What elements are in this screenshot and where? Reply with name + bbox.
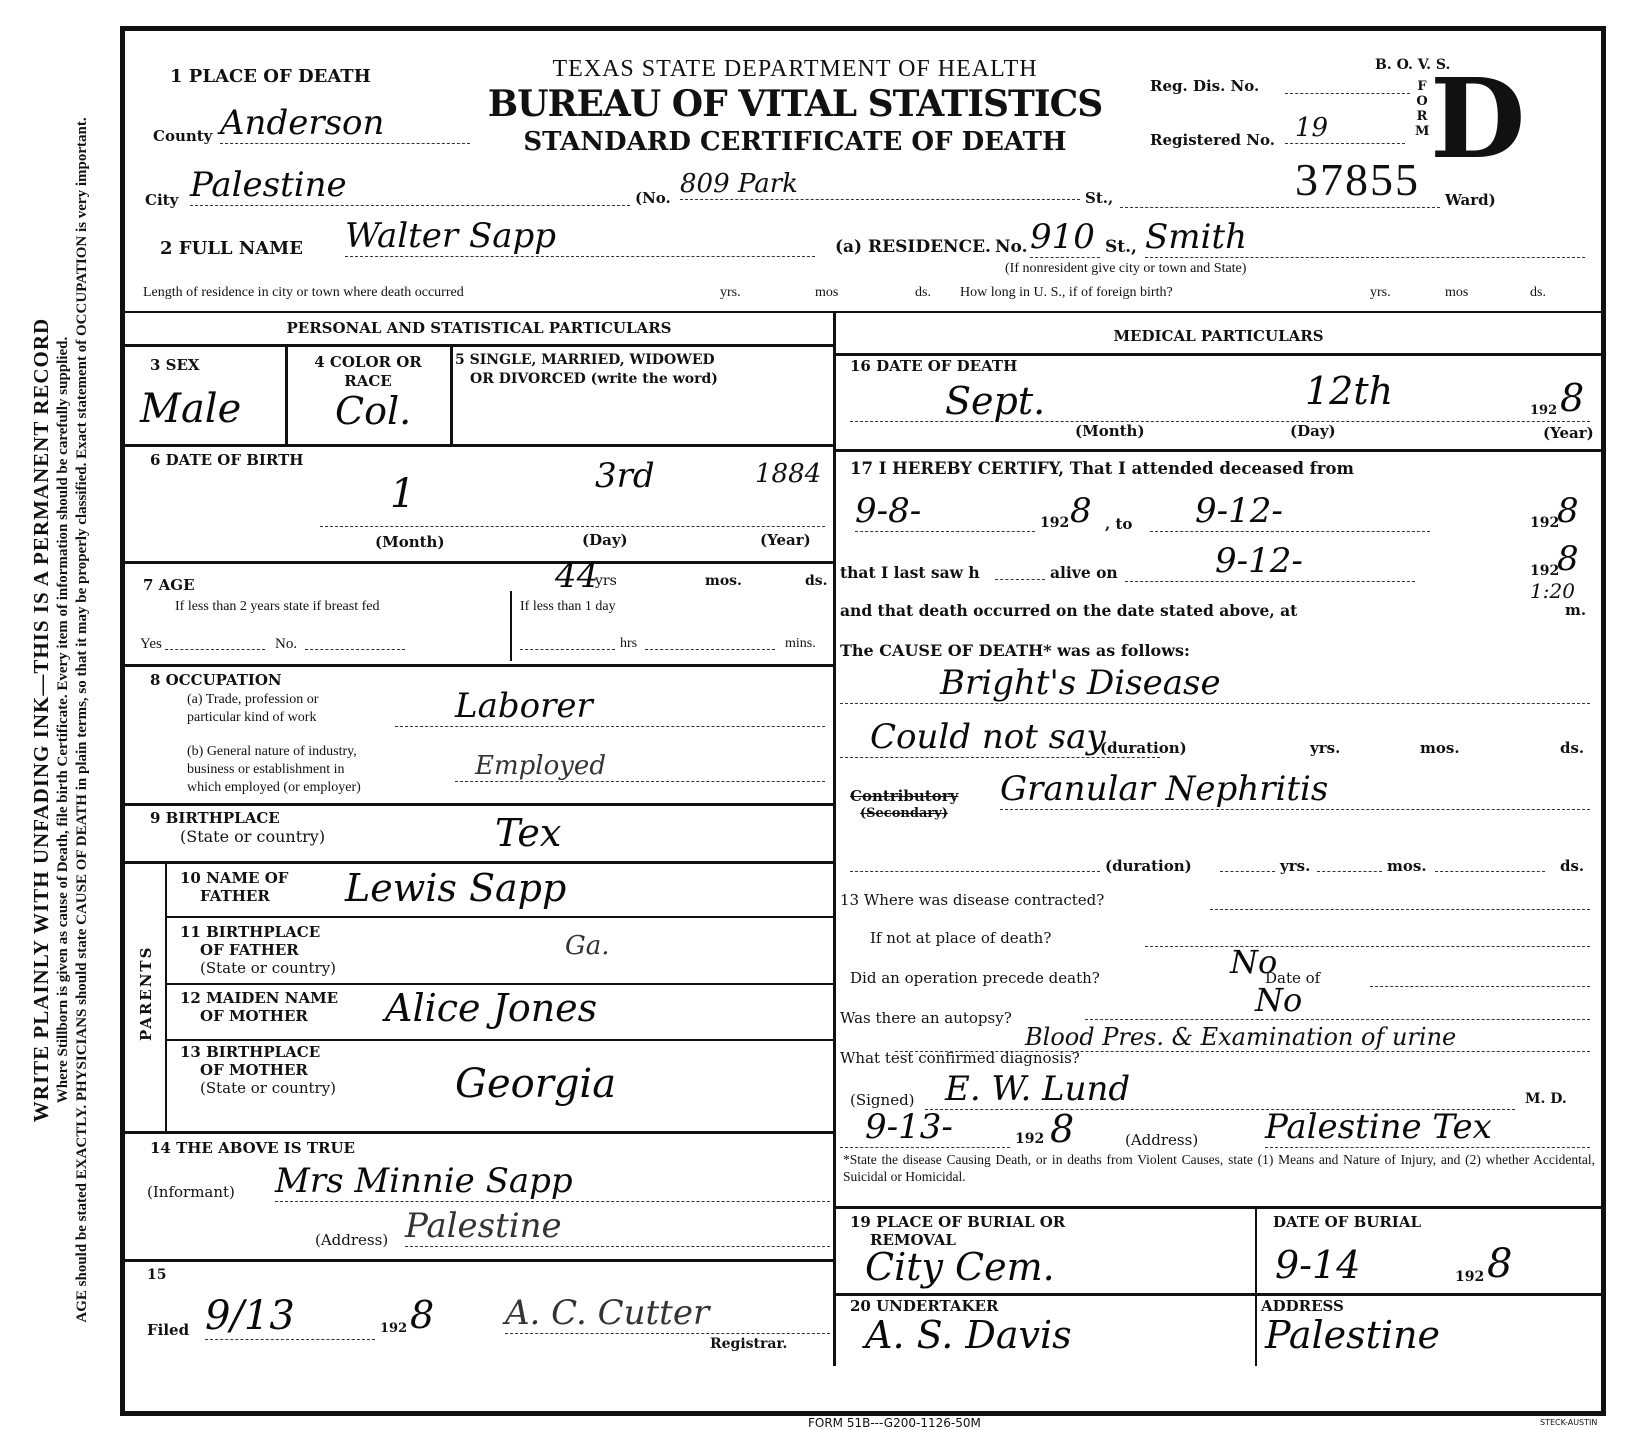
occupation-trade-field[interactable]: Laborer xyxy=(395,686,825,727)
duration-yrs-1: yrs. xyxy=(1310,739,1340,757)
age-years-field[interactable]: 44 xyxy=(555,556,598,596)
medical-particulars-heading: MEDICAL PARTICULARS xyxy=(836,327,1601,345)
dob-day-caption: (Day) xyxy=(582,531,628,549)
physician-signature-field[interactable]: E. W. Lund xyxy=(925,1069,1515,1110)
marital-status-field[interactable] xyxy=(455,396,825,436)
full-name-field[interactable]: Walter Sapp xyxy=(345,216,815,257)
dob-year-caption: (Year) xyxy=(760,531,811,549)
form-vertical-label: F O R M xyxy=(1415,79,1429,139)
sex-label: 3 SEX xyxy=(150,356,200,374)
occupation-b-label: (b) General nature of industry,business … xyxy=(187,743,361,797)
occupation-industry-field[interactable]: Employed xyxy=(455,751,825,782)
father-name-field[interactable]: Lewis Sapp xyxy=(345,866,566,910)
birthplace-sublabel: (State or country) xyxy=(180,827,325,846)
street-address-field[interactable]: 809 Park xyxy=(680,169,1080,200)
breast-fed-no-label: No. xyxy=(275,636,297,653)
duration-label-1: (duration) xyxy=(1100,739,1187,757)
duration-ds-1: ds. xyxy=(1560,739,1584,757)
age-mos-label: mos. xyxy=(705,573,742,589)
personal-particulars-heading: PERSONAL AND STATISTICAL PARTICULARS xyxy=(125,319,833,337)
less-than-day-label: If less than 1 day xyxy=(520,599,616,615)
father-birthplace-label: 11 BIRTHPLACEOF FATHER (State or country… xyxy=(180,923,336,977)
dob-month-field[interactable]: 1 xyxy=(390,471,415,517)
breast-fed-no-field[interactable] xyxy=(305,649,405,650)
filed-year-field[interactable]: 8 xyxy=(410,1293,434,1337)
occupation-label: 8 OCCUPATION xyxy=(150,671,282,689)
residence-ds: ds. xyxy=(915,285,931,301)
signed-date-field[interactable]: 9-13- xyxy=(840,1107,1010,1148)
dod-year-field[interactable]: 8 xyxy=(1560,376,1584,420)
sex-field[interactable]: Male xyxy=(140,386,241,432)
duration-label-2: (duration) xyxy=(1105,857,1192,875)
duration-2-yrs-field[interactable] xyxy=(1220,871,1275,872)
full-name-label: 2 FULL NAME xyxy=(160,238,303,259)
burial-place-label: 19 PLACE OF BURIAL ORREMOVAL xyxy=(850,1213,1065,1249)
us-ds: ds. xyxy=(1530,285,1546,301)
residence-mos: mos xyxy=(815,285,838,301)
physician-address-field[interactable]: Palestine Tex xyxy=(1265,1107,1590,1148)
dod-month-caption: (Month) xyxy=(1075,422,1145,440)
where-contracted-label: 13 Where was disease contracted? xyxy=(840,891,1104,909)
filed-year-prefix: 192 xyxy=(380,1321,407,1336)
contributory-label: Contributory xyxy=(850,787,958,805)
breast-fed-yes-label: Yes xyxy=(140,636,162,653)
duration-ds-2: ds. xyxy=(1560,857,1584,875)
death-time-field[interactable]: 1:20 xyxy=(1530,579,1575,603)
mins-label: mins. xyxy=(785,636,816,652)
county-label: County xyxy=(153,127,212,145)
dob-year-field[interactable]: 1884 xyxy=(755,459,821,489)
last-saw-year[interactable]: 8 xyxy=(1557,539,1579,579)
signed-year-field[interactable]: 8 xyxy=(1050,1107,1074,1151)
attended-to-year-prefix: 192 xyxy=(1530,515,1559,531)
marital-status-label: 5 SINGLE, MARRIED, WIDOWEDOR DIVORCED (w… xyxy=(455,351,718,389)
filed-date-field[interactable]: 9/13 xyxy=(205,1293,375,1340)
informant-field[interactable]: Mrs Minnie Sapp xyxy=(275,1161,830,1202)
certify-statement: 17 I HEREBY CERTIFY, That I attended dec… xyxy=(850,459,1354,478)
race-field[interactable]: Col. xyxy=(335,389,411,433)
bureau-title: BUREAU OF VITAL STATISTICS xyxy=(465,83,1125,125)
last-saw-pronoun-field[interactable] xyxy=(995,579,1045,580)
date-of-birth-line xyxy=(320,526,825,527)
signed-year-prefix: 192 xyxy=(1015,1131,1044,1147)
date-of-death-label: 16 DATE OF DEATH xyxy=(850,357,1017,375)
department-title: TEXAS STATE DEPARTMENT OF HEALTH xyxy=(485,56,1105,83)
attended-from-field[interactable]: 9-8- xyxy=(855,491,1035,532)
dod-year-prefix: 192 xyxy=(1530,403,1557,418)
autopsy-field[interactable]: No xyxy=(1085,981,1590,1020)
burial-place-field[interactable]: City Cem. xyxy=(865,1245,1055,1289)
breast-fed-yes-field[interactable] xyxy=(165,649,265,650)
residence-st-label: St., xyxy=(1105,237,1137,257)
burial-year-field[interactable]: 8 xyxy=(1487,1241,1512,1287)
dob-day-field[interactable]: 3rd xyxy=(595,456,655,496)
street-st-label: St., xyxy=(1085,189,1113,207)
age-label: 7 AGE xyxy=(143,576,195,594)
cause-primary-field[interactable]: Bright's Disease xyxy=(840,663,1590,704)
burial-date-field[interactable]: 9-14 xyxy=(1275,1243,1360,1287)
duration-2-blank xyxy=(850,871,1100,872)
age-physicians-notice: AGE should be stated EXACTLY. PHYSICIANS… xyxy=(73,55,92,1385)
duration-2-ds-field[interactable] xyxy=(1435,871,1545,872)
mother-birthplace-label: 13 BIRTHPLACEOF MOTHER (State or country… xyxy=(180,1043,336,1097)
filed-label: Filed xyxy=(147,1321,189,1339)
certificate-number: 37855 xyxy=(1295,153,1420,206)
duration-yrs-2: yrs. xyxy=(1280,857,1310,875)
birthplace-field[interactable]: Tex xyxy=(495,811,561,855)
death-occurred-label: and that death occurred on the date stat… xyxy=(840,601,1297,620)
residence-street-field[interactable]: Smith xyxy=(1145,217,1585,258)
certificate-title: STANDARD CERTIFICATE OF DEATH xyxy=(485,127,1105,157)
reg-dis-field[interactable] xyxy=(1285,93,1410,94)
test-confirmed-field[interactable]: Blood Pres. & Examination of urine xyxy=(895,1023,1590,1052)
father-name-label: 10 NAME OFFATHER xyxy=(180,869,288,905)
above-true-label: 14 THE ABOVE IS TRUE xyxy=(150,1139,355,1157)
mother-maiden-name-field[interactable]: Alice Jones xyxy=(385,986,597,1030)
breast-fed-label: If less than 2 years state if breast fed xyxy=(175,599,379,615)
not-at-place-label: If not at place of death? xyxy=(870,929,1051,947)
operation-label: Did an operation precede death? xyxy=(850,969,1100,987)
contributory-cause-field[interactable]: Granular Nephritis xyxy=(1000,769,1590,810)
residence-no-label: No. xyxy=(995,237,1028,257)
last-saw-year-prefix: 192 xyxy=(1530,563,1559,579)
mother-maiden-name-label: 12 MAIDEN NAMEOF MOTHER xyxy=(180,989,338,1025)
mother-birthplace-field[interactable]: Georgia xyxy=(455,1061,616,1107)
form-d-letter: D xyxy=(1430,69,1525,169)
duration-mos-1: mos. xyxy=(1420,739,1460,757)
duration-mos-2: mos. xyxy=(1387,857,1427,875)
stillborn-notice: Where Stillborn is given as cause of Dea… xyxy=(54,55,73,1385)
ward-label: Ward) xyxy=(1445,191,1496,209)
residence-yrs: yrs. xyxy=(720,285,741,301)
city-label: City xyxy=(145,191,178,209)
date-of-birth-label: 6 DATE OF BIRTH xyxy=(150,451,303,469)
md-label: M. D. xyxy=(1525,1091,1567,1107)
foreign-birth-label: How long in U. S., if of foreign birth? xyxy=(960,285,1173,301)
attended-from-year[interactable]: 8 xyxy=(1070,491,1092,531)
attended-to-year[interactable]: 8 xyxy=(1557,491,1579,531)
registered-no-label: Registered No. xyxy=(1150,131,1275,149)
hrs-label: hrs xyxy=(620,636,637,652)
duration-2-mos-field[interactable] xyxy=(1317,871,1382,872)
death-certificate: 1 PLACE OF DEATH TEXAS STATE DEPARTMENT … xyxy=(120,26,1606,1416)
not-at-place-field[interactable] xyxy=(1145,946,1590,947)
informant-address-field[interactable]: Palestine xyxy=(405,1206,830,1247)
printer-mark: STECK-AUSTIN xyxy=(1540,1418,1597,1427)
last-saw-label: that I last saw h xyxy=(840,563,980,582)
informant-label: (Informant) xyxy=(147,1183,235,1201)
us-yrs: yrs. xyxy=(1370,285,1391,301)
death-time-m-label: m. xyxy=(1565,601,1586,619)
street-no-label: (No. xyxy=(635,189,671,207)
father-birthplace-field[interactable]: Ga. xyxy=(565,931,610,961)
attended-from-year-prefix: 192 xyxy=(1040,515,1069,531)
permanent-record-notice: WRITE PLAINLY WITH UNFADING INK—THIS IS … xyxy=(28,55,54,1385)
undertaker-field[interactable]: A. S. Davis xyxy=(865,1313,1072,1357)
residence-number-field[interactable]: 910 xyxy=(1030,217,1100,258)
place-of-death-label: 1 PLACE OF DEATH xyxy=(170,66,371,87)
to-label: , to xyxy=(1105,515,1132,533)
ward-field[interactable] xyxy=(1120,207,1440,208)
dod-month-field[interactable]: Sept. xyxy=(945,379,1045,423)
dod-year-caption: (Year) xyxy=(1543,424,1594,442)
secondary-label: (Secondary) xyxy=(860,806,948,821)
dob-month-caption: (Month) xyxy=(375,533,445,551)
undertaker-address-field[interactable]: Palestine xyxy=(1265,1313,1440,1357)
registered-no-field[interactable]: 19 xyxy=(1285,113,1405,144)
registrar-signature-field[interactable]: A. C. Cutter xyxy=(505,1293,830,1334)
hrs-field[interactable] xyxy=(520,649,615,650)
margin-instructions: WRITE PLAINLY WITH UNFADING INK—THIS IS … xyxy=(0,40,120,1400)
registrar-label: Registrar. xyxy=(710,1336,787,1352)
informant-address-label: (Address) xyxy=(315,1231,388,1249)
us-mos: mos xyxy=(1445,285,1468,301)
age-ds-label: ds. xyxy=(805,573,828,589)
occupation-a-label: (a) Trade, profession orparticular kind … xyxy=(187,691,318,727)
dod-day-caption: (Day) xyxy=(1290,422,1336,440)
form-code: FORM 51B---G200-1126-50M xyxy=(808,1416,981,1430)
nonresident-note: (If nonresident give city or town and St… xyxy=(1005,261,1246,277)
city-field[interactable]: Palestine xyxy=(190,165,630,206)
length-of-residence-label: Length of residence in city or town wher… xyxy=(143,285,464,301)
mins-field[interactable] xyxy=(645,649,775,650)
last-saw-date-field[interactable]: 9-12- xyxy=(1125,541,1415,582)
county-field[interactable]: Anderson xyxy=(220,103,470,144)
parents-label: PARENTS xyxy=(137,946,155,1041)
physician-address-label: (Address) xyxy=(1125,1131,1198,1149)
burial-year-prefix: 192 xyxy=(1455,1269,1484,1285)
race-label: 4 COLOR ORRACE xyxy=(288,353,448,391)
age-yrs-label: yrs xyxy=(595,573,617,589)
reg-dis-label: Reg. Dis. No. xyxy=(1150,77,1259,95)
burial-date-label: DATE OF BURIAL xyxy=(1273,1213,1421,1231)
where-contracted-field[interactable] xyxy=(1210,909,1590,910)
residence-label: (a) RESIDENCE. xyxy=(835,237,991,257)
filed-number-label: 15 xyxy=(147,1267,166,1283)
birthplace-label: 9 BIRTHPLACE xyxy=(150,809,280,827)
attended-to-field[interactable]: 9-12- xyxy=(1150,491,1430,532)
alive-on-label: alive on xyxy=(1050,563,1118,582)
dod-day-field[interactable]: 12th xyxy=(1305,369,1393,413)
cause-footnote: *State the disease Causing Death, or in … xyxy=(843,1151,1595,1185)
cause-of-death-label: The CAUSE OF DEATH* was as follows: xyxy=(840,641,1190,660)
